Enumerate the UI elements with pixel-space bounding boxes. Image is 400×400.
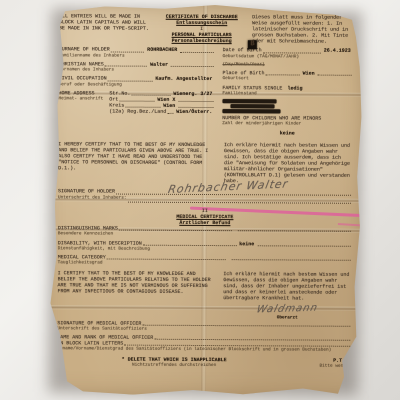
pto-de: Bitte wenden	[291, 363, 351, 369]
officer-signature-handwriting: Waldmann	[255, 303, 319, 317]
medical-declaration-de: Ich erkläre hiermit nach bestem Wissen u…	[223, 271, 351, 302]
redaction-bar	[222, 99, 276, 103]
top-section: ALL ENTRIES WILL BE MADE IN BLOCK LATIN …	[59, 13, 353, 45]
document-title-block: CERTIFICATE OF DISCHARGE Entlassungssche…	[158, 14, 245, 45]
field-name-and-rank: NAME AND RANK OF MEDICAL OFFICER IN BLOC…	[57, 334, 351, 353]
redaction-bar	[222, 109, 280, 113]
field-medical-category: MEDICAL CATEGORY Tauglichkeitsgrad	[58, 254, 352, 267]
field-home-address: HOME ADDRESS Heimat- anschrift Str.No.Wi…	[58, 90, 214, 115]
holder-signature-row: Rohrbacher Walter SIGNATURE OF HOLDER Un…	[58, 189, 352, 205]
footer: * DELETE THAT WHICH IS INAPPLICABLE Nich…	[57, 356, 351, 372]
field-family-status: FAMILY STATUS SINGLE ledig Familienstand	[222, 85, 352, 114]
holder-declaration: I HEREBY CERTIFY THAT TO THE BEST OF MY …	[58, 141, 352, 185]
field-medical-officer-signature: SIGNATURE OF MEDICAL OFFICER Unterschrif…	[57, 320, 351, 333]
personal-particulars: SURNAME OF HOLDERROHRBACHER Familienname…	[58, 47, 352, 139]
entries-notice-en: ALL ENTRIES WILL BE MADE IN BLOCK LATIN …	[59, 13, 152, 44]
field-surname: SURNAME OF HOLDERROHRBACHER Familienname…	[59, 47, 215, 59]
entries-notice-de: Dieses Blatt muss in folgender Weise aus…	[252, 14, 353, 45]
field-place-of-birth: Place of BirthWien Geburtsort	[222, 70, 352, 82]
section-title-de: Personalbeschreibung	[158, 38, 245, 45]
field-children: NUMBER OF CHILDREN WHO ARE MINORS Zahl d…	[222, 115, 352, 136]
photo-background: ALL ENTRIES WILL BE MADE IN BLOCK LATIN …	[0, 0, 400, 400]
officer-rank-stamp: Oberarzt	[223, 315, 351, 321]
field-disability: DISABILITY, WITH DESCRIPTIONkeine Dienst…	[58, 240, 352, 253]
field-occupation: CIVIL OCCUPATIONKaufm. Angestellter Beru…	[59, 76, 215, 88]
medical-officer-signature: Waldmann Oberarzt	[223, 303, 351, 321]
field-christian-names: CHRISTIAN NAMESWalter Vornamen des Inhab…	[59, 61, 215, 73]
medical-certificate-header: II MEDICAL CERTIFICATE Ärztlicher Befund	[58, 207, 352, 227]
address-line: (12a) Reg.Bez./LandWien/Österr.	[109, 109, 214, 116]
declaration-en: I HEREBY CERTIFY THAT TO THE BEST OF MY …	[58, 141, 215, 184]
field-distinguishing-marks: DISTINGUISHING MARKS Besondere Kennzeich…	[58, 225, 352, 238]
field-date-of-birth: Date of Birth26.4.1923 Geburtsdatum (TAG…	[223, 48, 353, 69]
medical-declaration-en: I CERTIFY THAT TO THE BEST OF MY KNOWLED…	[57, 270, 214, 321]
redaction-bar	[230, 104, 274, 108]
delete-note-de: Nichtzutreffendes durchstreichen	[57, 362, 291, 369]
discharge-certificate-paper: ALL ENTRIES WILL BE MADE IN BLOCK LATIN …	[41, 3, 365, 397]
medical-declaration: I CERTIFY THAT TO THE BEST OF MY KNOWLED…	[57, 270, 351, 322]
stamp-b: B	[248, 40, 257, 49]
